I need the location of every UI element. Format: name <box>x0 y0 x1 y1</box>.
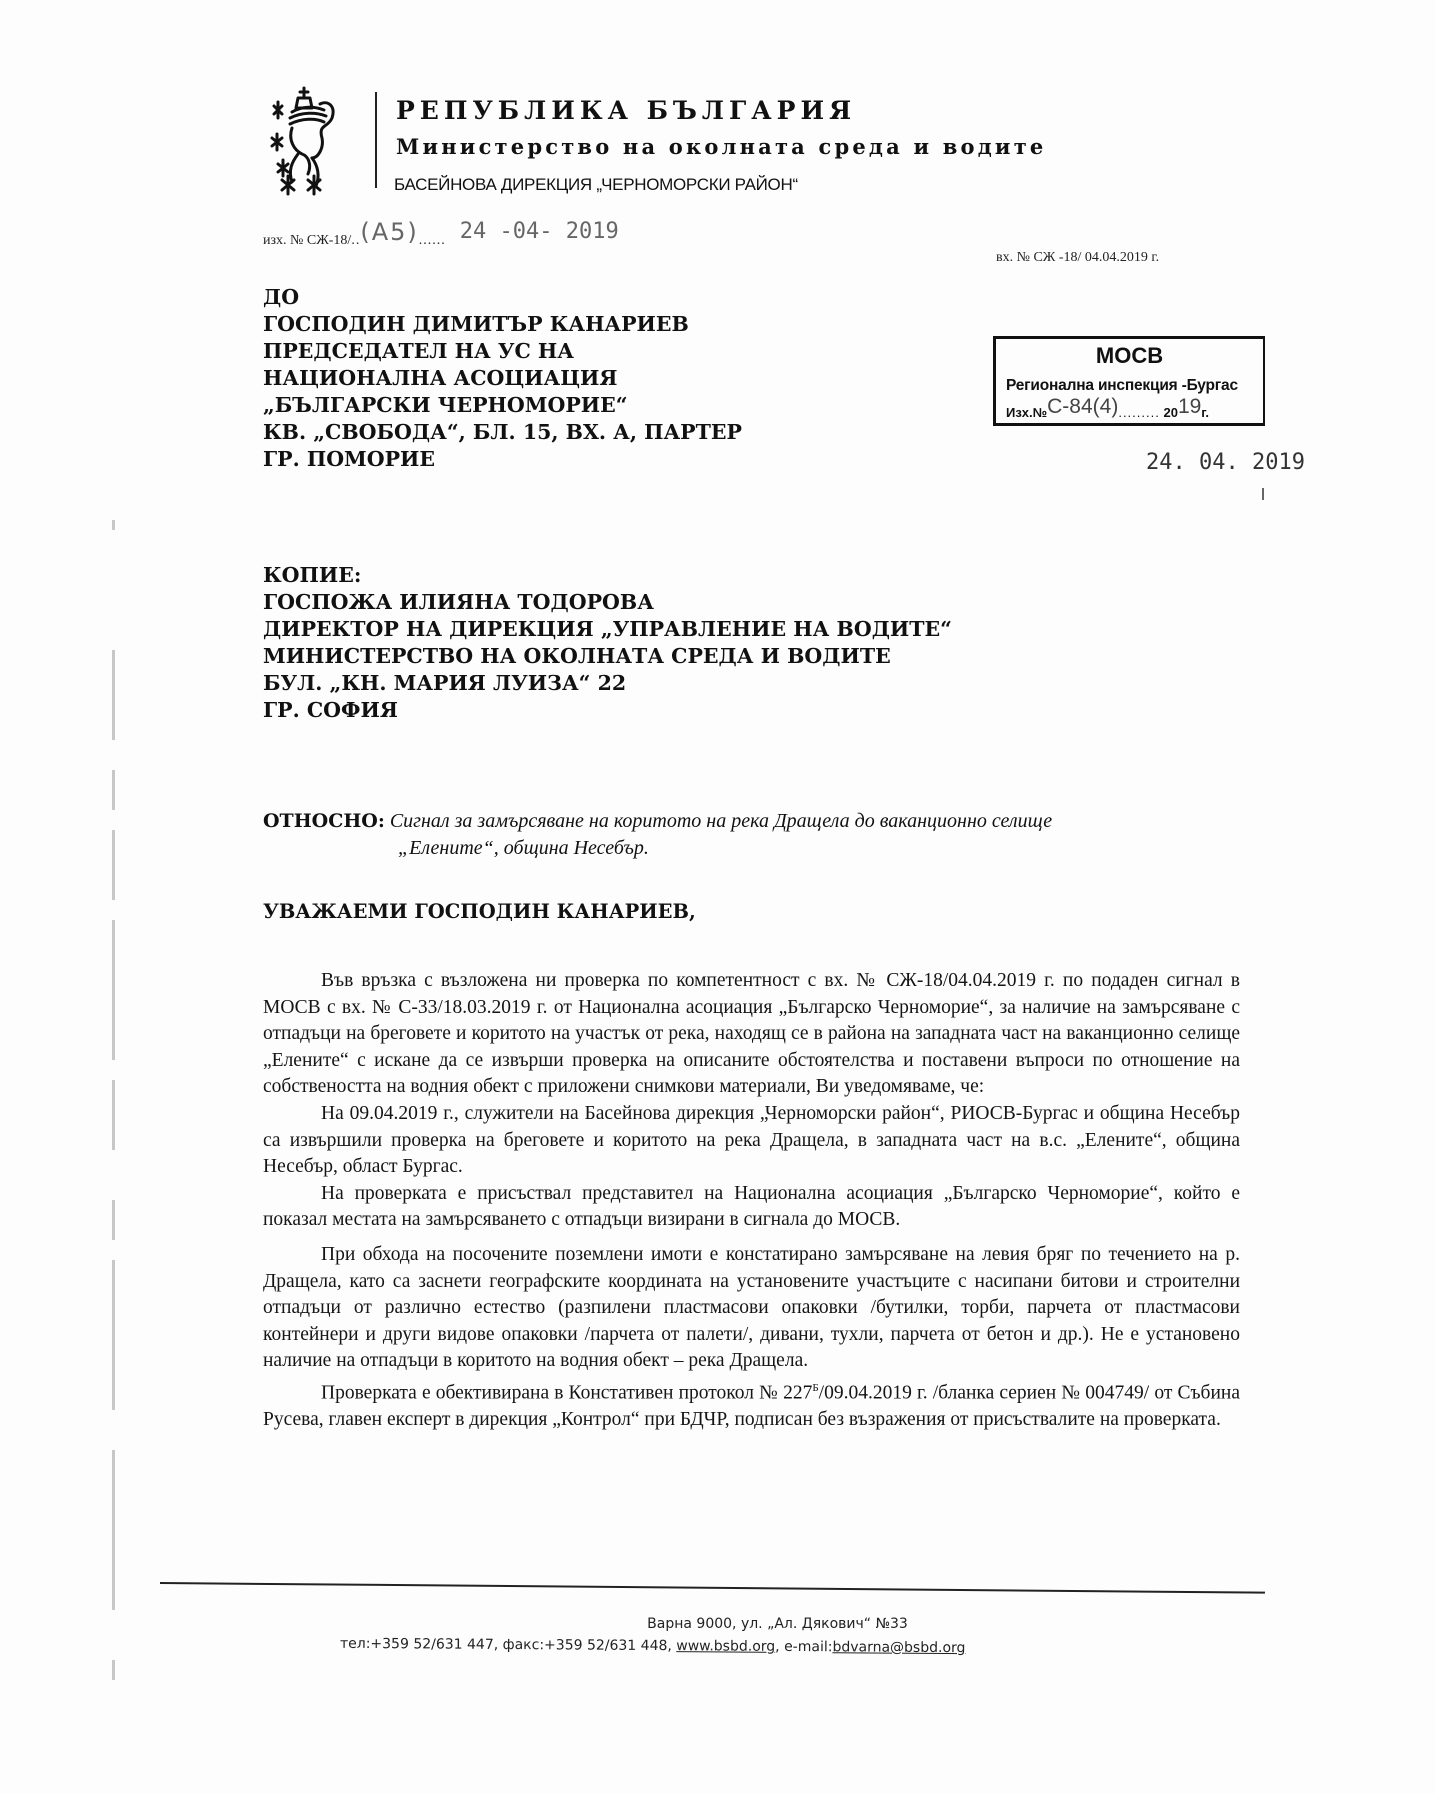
subject-block: ОТНОСНО: Сигнал за замърсяване на корито… <box>263 808 1253 862</box>
recipient-line: КВ. „СВОБОДА“, БЛ. 15, ВХ. А, ПАРТЕР <box>263 419 742 446</box>
copy-to-line: ГОСПОЖА ИЛИЯНА ТОДОРОВА <box>263 589 952 616</box>
copy-to-line: ГР. СОФИЯ <box>263 697 952 724</box>
stamp-title: МОСВ <box>996 343 1263 369</box>
recipient-line: „БЪЛГАРСКИ ЧЕРНОМОРИЕ“ <box>263 392 742 419</box>
body-paragraph-last: Проверката е обективирана в Констативен … <box>263 1375 1240 1434</box>
stamp-year-prefix: 20 <box>1163 405 1177 420</box>
footer-contacts: тел:+359 52/631 447, факс:+359 52/631 44… <box>340 1636 966 1656</box>
copy-to-line: КОПИЕ: <box>263 562 952 589</box>
stamp-year-suffix: г. <box>1201 405 1209 420</box>
letterhead-divider <box>375 92 377 188</box>
copy-to-line: ДИРЕКТОР НА ДИРЕКЦИЯ „УПРАВЛЕНИЕ НА ВОДИ… <box>263 616 952 643</box>
body-paragraph: Във връзка с възложена ни проверка по ко… <box>263 968 1240 1101</box>
body-paragraph: При обхода на посочените поземлени имоти… <box>263 1242 1240 1375</box>
letter-body: Във връзка с възложена ни проверка по ко… <box>263 968 1240 1434</box>
footer-email-label: , e-mail: <box>775 1639 832 1655</box>
copy-to-line: МИНИСТЕРСТВО НА ОКОЛНАТА СРЕДА И ВОДИТЕ <box>263 643 952 670</box>
outgoing-reference-handwritten: (А5) <box>360 218 418 246</box>
subject-text-line2: „Елените“, община Несебър. <box>263 835 1253 862</box>
letter-page: РЕПУБЛИКА БЪЛГАРИЯ Министерство на околн… <box>0 0 1435 1794</box>
stamp-year-handwritten: 19 <box>1178 395 1201 418</box>
letterhead-ministry: Министерство на околната среда и водите <box>396 134 1046 159</box>
recipient-block: ДО ГОСПОДИН ДИМИТЪР КАНАРИЕВ ПРЕДСЕДАТЕЛ… <box>263 284 742 473</box>
stamp-number-label: Изх.№ <box>1006 405 1047 420</box>
scan-edge-artifacts <box>110 520 118 1720</box>
outgoing-date-stamp: 24 -04- 2019 <box>460 219 619 244</box>
subject-text-line1: Сигнал за замърсяване на коритото на рек… <box>390 810 1052 832</box>
incoming-reference: вх. № СЖ -18/ 04.04.2019 г. <box>996 250 1159 266</box>
stamp-subtitle: Регионална инспекция -Бургас <box>1006 377 1238 395</box>
footer-website-link[interactable]: www.bsbd.org <box>676 1638 775 1655</box>
footer-phone-fax: тел:+359 52/631 447, факс:+359 52/631 44… <box>340 1636 676 1654</box>
recipient-line: ГР. ПОМОРИЕ <box>263 446 742 473</box>
letterhead-directorate: БАСЕЙНОВА ДИРЕКЦИЯ „ЧЕРНОМОРСКИ РАЙОН“ <box>394 175 798 195</box>
footer-email-link[interactable]: bdvarna@bsbd.org <box>832 1639 965 1656</box>
bulgarian-lion-crest-icon <box>268 84 338 196</box>
footer-address: Варна 9000, ул. „Ал. Дякович“ №33 <box>0 1616 1435 1632</box>
body-text: Проверката е обективирана в Констативен … <box>321 1382 812 1403</box>
outgoing-reference: изх. № СЖ-18/..(А5)......24 -04- 2019 <box>263 222 619 250</box>
subject-label: ОТНОСНО: <box>263 810 385 832</box>
recipient-line: НАЦИОНАЛНА АСОЦИАЦИЯ <box>263 365 742 392</box>
footer-divider <box>160 1582 1265 1594</box>
body-paragraph: На проверката е присъствал представител … <box>263 1181 1240 1234</box>
copy-to-line: БУЛ. „КН. МАРИЯ ЛУИЗА“ 22 <box>263 670 952 697</box>
recipient-line: ДО <box>263 284 742 311</box>
mosv-registration-stamp: МОСВ Регионална инспекция -Бургас Изх.№С… <box>993 336 1265 426</box>
salutation: УВАЖАЕМИ ГОСПОДИН КАНАРИЕВ, <box>263 900 696 923</box>
scan-mark <box>1262 488 1264 500</box>
stamp-date: 24. 04. 2019 <box>1146 450 1305 475</box>
body-paragraph: На 09.04.2019 г., служители на Басейнова… <box>263 1101 1240 1181</box>
letterhead-country: РЕПУБЛИКА БЪЛГАРИЯ <box>396 96 856 125</box>
stamp-number-row: Изх.№С-84(4)......... 2019г. <box>1006 399 1209 423</box>
outgoing-reference-prefix: изх. № СЖ-18/ <box>263 233 351 248</box>
stamp-number-handwritten: С-84(4) <box>1047 395 1118 418</box>
copy-to-block: КОПИЕ: ГОСПОЖА ИЛИЯНА ТОДОРОВА ДИРЕКТОР … <box>263 562 952 724</box>
recipient-line: ГОСПОДИН ДИМИТЪР КАНАРИЕВ <box>263 311 742 338</box>
recipient-line: ПРЕДСЕДАТЕЛ НА УС НА <box>263 338 742 365</box>
